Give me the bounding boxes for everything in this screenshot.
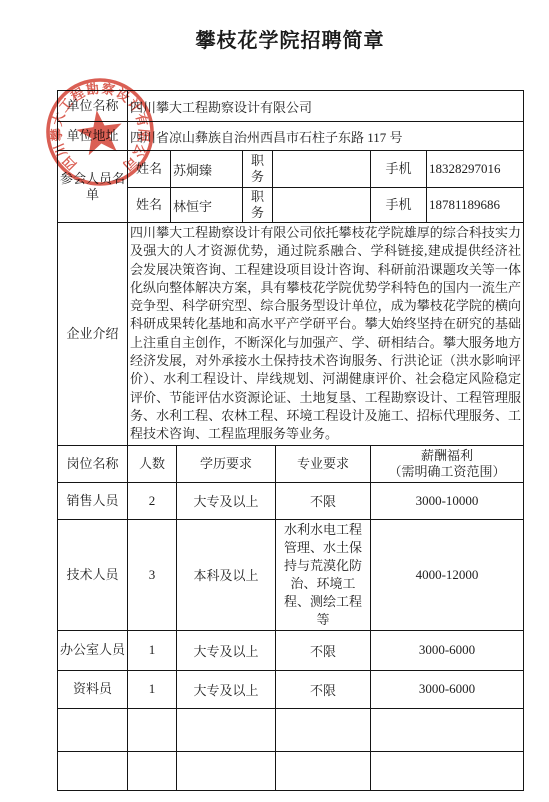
header-post: 岗位名称 xyxy=(58,445,128,482)
phone-label: 手机 xyxy=(371,188,427,223)
empty-row xyxy=(58,708,524,751)
position-post: 技术人员 xyxy=(58,519,128,630)
unit-name-row: 单位名称 四川攀大工程勘察设计有限公司 xyxy=(58,91,524,122)
participant-duty xyxy=(273,188,371,223)
company-intro-row: 企业介绍 四川攀大工程勘察设计有限公司依托攀枝花学院雄厚的综合科技实力及强大的人… xyxy=(58,223,524,446)
unit-address-label: 单位地址 xyxy=(58,122,128,151)
empty-cell xyxy=(128,708,177,751)
position-count: 2 xyxy=(128,482,177,519)
empty-row xyxy=(58,751,524,790)
position-major: 水利水电工程管理、水土保持与荒漠化防治、环境工程、测绘工程等 xyxy=(276,519,371,630)
position-edu: 大专及以上 xyxy=(177,482,276,519)
unit-name-label: 单位名称 xyxy=(58,91,128,122)
company-intro-label: 企业介绍 xyxy=(58,223,128,446)
position-row: 办公室人员 1 大专及以上 不限 3000-6000 xyxy=(58,630,524,670)
position-edu: 大专及以上 xyxy=(177,670,276,708)
salary-label: 薪酬福利 xyxy=(373,448,521,464)
position-major: 不限 xyxy=(276,630,371,670)
unit-address-value: 四川省凉山彝族自治州西昌市石柱子东路 117 号 xyxy=(128,122,524,151)
participants-label: 参会人员名单 xyxy=(58,151,128,223)
document-page: 攀枝花学院招聘简章 单位名称 四川攀大工程勘察设计有限公司 单位地址 四川省凉山… xyxy=(0,0,549,802)
unit-name-value: 四川攀大工程勘察设计有限公司 xyxy=(128,91,524,122)
position-salary: 3000-6000 xyxy=(371,630,524,670)
position-row: 销售人员 2 大专及以上 不限 3000-10000 xyxy=(58,482,524,519)
empty-cell xyxy=(371,708,524,751)
duty-label: 职务 xyxy=(243,188,273,223)
header-salary: 薪酬福利 （需明确工资范围） xyxy=(371,445,524,482)
participant-phone: 18328297016 xyxy=(427,151,524,188)
participant-row: 参会人员名单 姓名 苏烔臻 职务 手机 18328297016 xyxy=(58,151,524,188)
position-count: 1 xyxy=(128,670,177,708)
position-post: 资料员 xyxy=(58,670,128,708)
participant-name: 苏烔臻 xyxy=(171,151,243,188)
participant-row: 姓名 林恒宇 职务 手机 18781189686 xyxy=(58,188,524,223)
header-count: 人数 xyxy=(128,445,177,482)
header-edu: 学历要求 xyxy=(177,445,276,482)
position-edu: 大专及以上 xyxy=(177,630,276,670)
position-major: 不限 xyxy=(276,670,371,708)
phone-label: 手机 xyxy=(371,151,427,188)
positions-header-row: 岗位名称 人数 学历要求 专业要求 薪酬福利 （需明确工资范围） xyxy=(58,445,524,482)
salary-note: （需明确工资范围） xyxy=(373,464,521,480)
empty-cell xyxy=(58,751,128,790)
participant-phone: 18781189686 xyxy=(427,188,524,223)
position-count: 3 xyxy=(128,519,177,630)
position-count: 1 xyxy=(128,630,177,670)
empty-cell xyxy=(276,708,371,751)
participant-name: 林恒宇 xyxy=(171,188,243,223)
page-title: 攀枝花学院招聘简章 xyxy=(57,24,523,53)
empty-cell xyxy=(177,708,276,751)
position-salary: 4000-12000 xyxy=(371,519,524,630)
name-label: 姓名 xyxy=(128,151,171,188)
unit-address-row: 单位地址 四川省凉山彝族自治州西昌市石柱子东路 117 号 xyxy=(58,122,524,151)
position-salary: 3000-6000 xyxy=(371,670,524,708)
header-major: 专业要求 xyxy=(276,445,371,482)
position-post: 销售人员 xyxy=(58,482,128,519)
empty-cell xyxy=(276,751,371,790)
name-label: 姓名 xyxy=(128,188,171,223)
duty-label: 职务 xyxy=(243,151,273,188)
position-post: 办公室人员 xyxy=(58,630,128,670)
position-edu: 本科及以上 xyxy=(177,519,276,630)
participant-duty xyxy=(273,151,371,188)
empty-cell xyxy=(58,708,128,751)
empty-cell xyxy=(177,751,276,790)
position-salary: 3000-10000 xyxy=(371,482,524,519)
empty-cell xyxy=(371,751,524,790)
recruitment-table: 单位名称 四川攀大工程勘察设计有限公司 单位地址 四川省凉山彝族自治州西昌市石柱… xyxy=(57,90,524,791)
company-intro-text: 四川攀大工程勘察设计有限公司依托攀枝花学院雄厚的综合科技实力及强大的人才资源优势… xyxy=(128,223,524,446)
empty-cell xyxy=(128,751,177,790)
position-major: 不限 xyxy=(276,482,371,519)
position-row: 技术人员 3 本科及以上 水利水电工程管理、水土保持与荒漠化防治、环境工程、测绘… xyxy=(58,519,524,630)
position-row: 资料员 1 大专及以上 不限 3000-6000 xyxy=(58,670,524,708)
